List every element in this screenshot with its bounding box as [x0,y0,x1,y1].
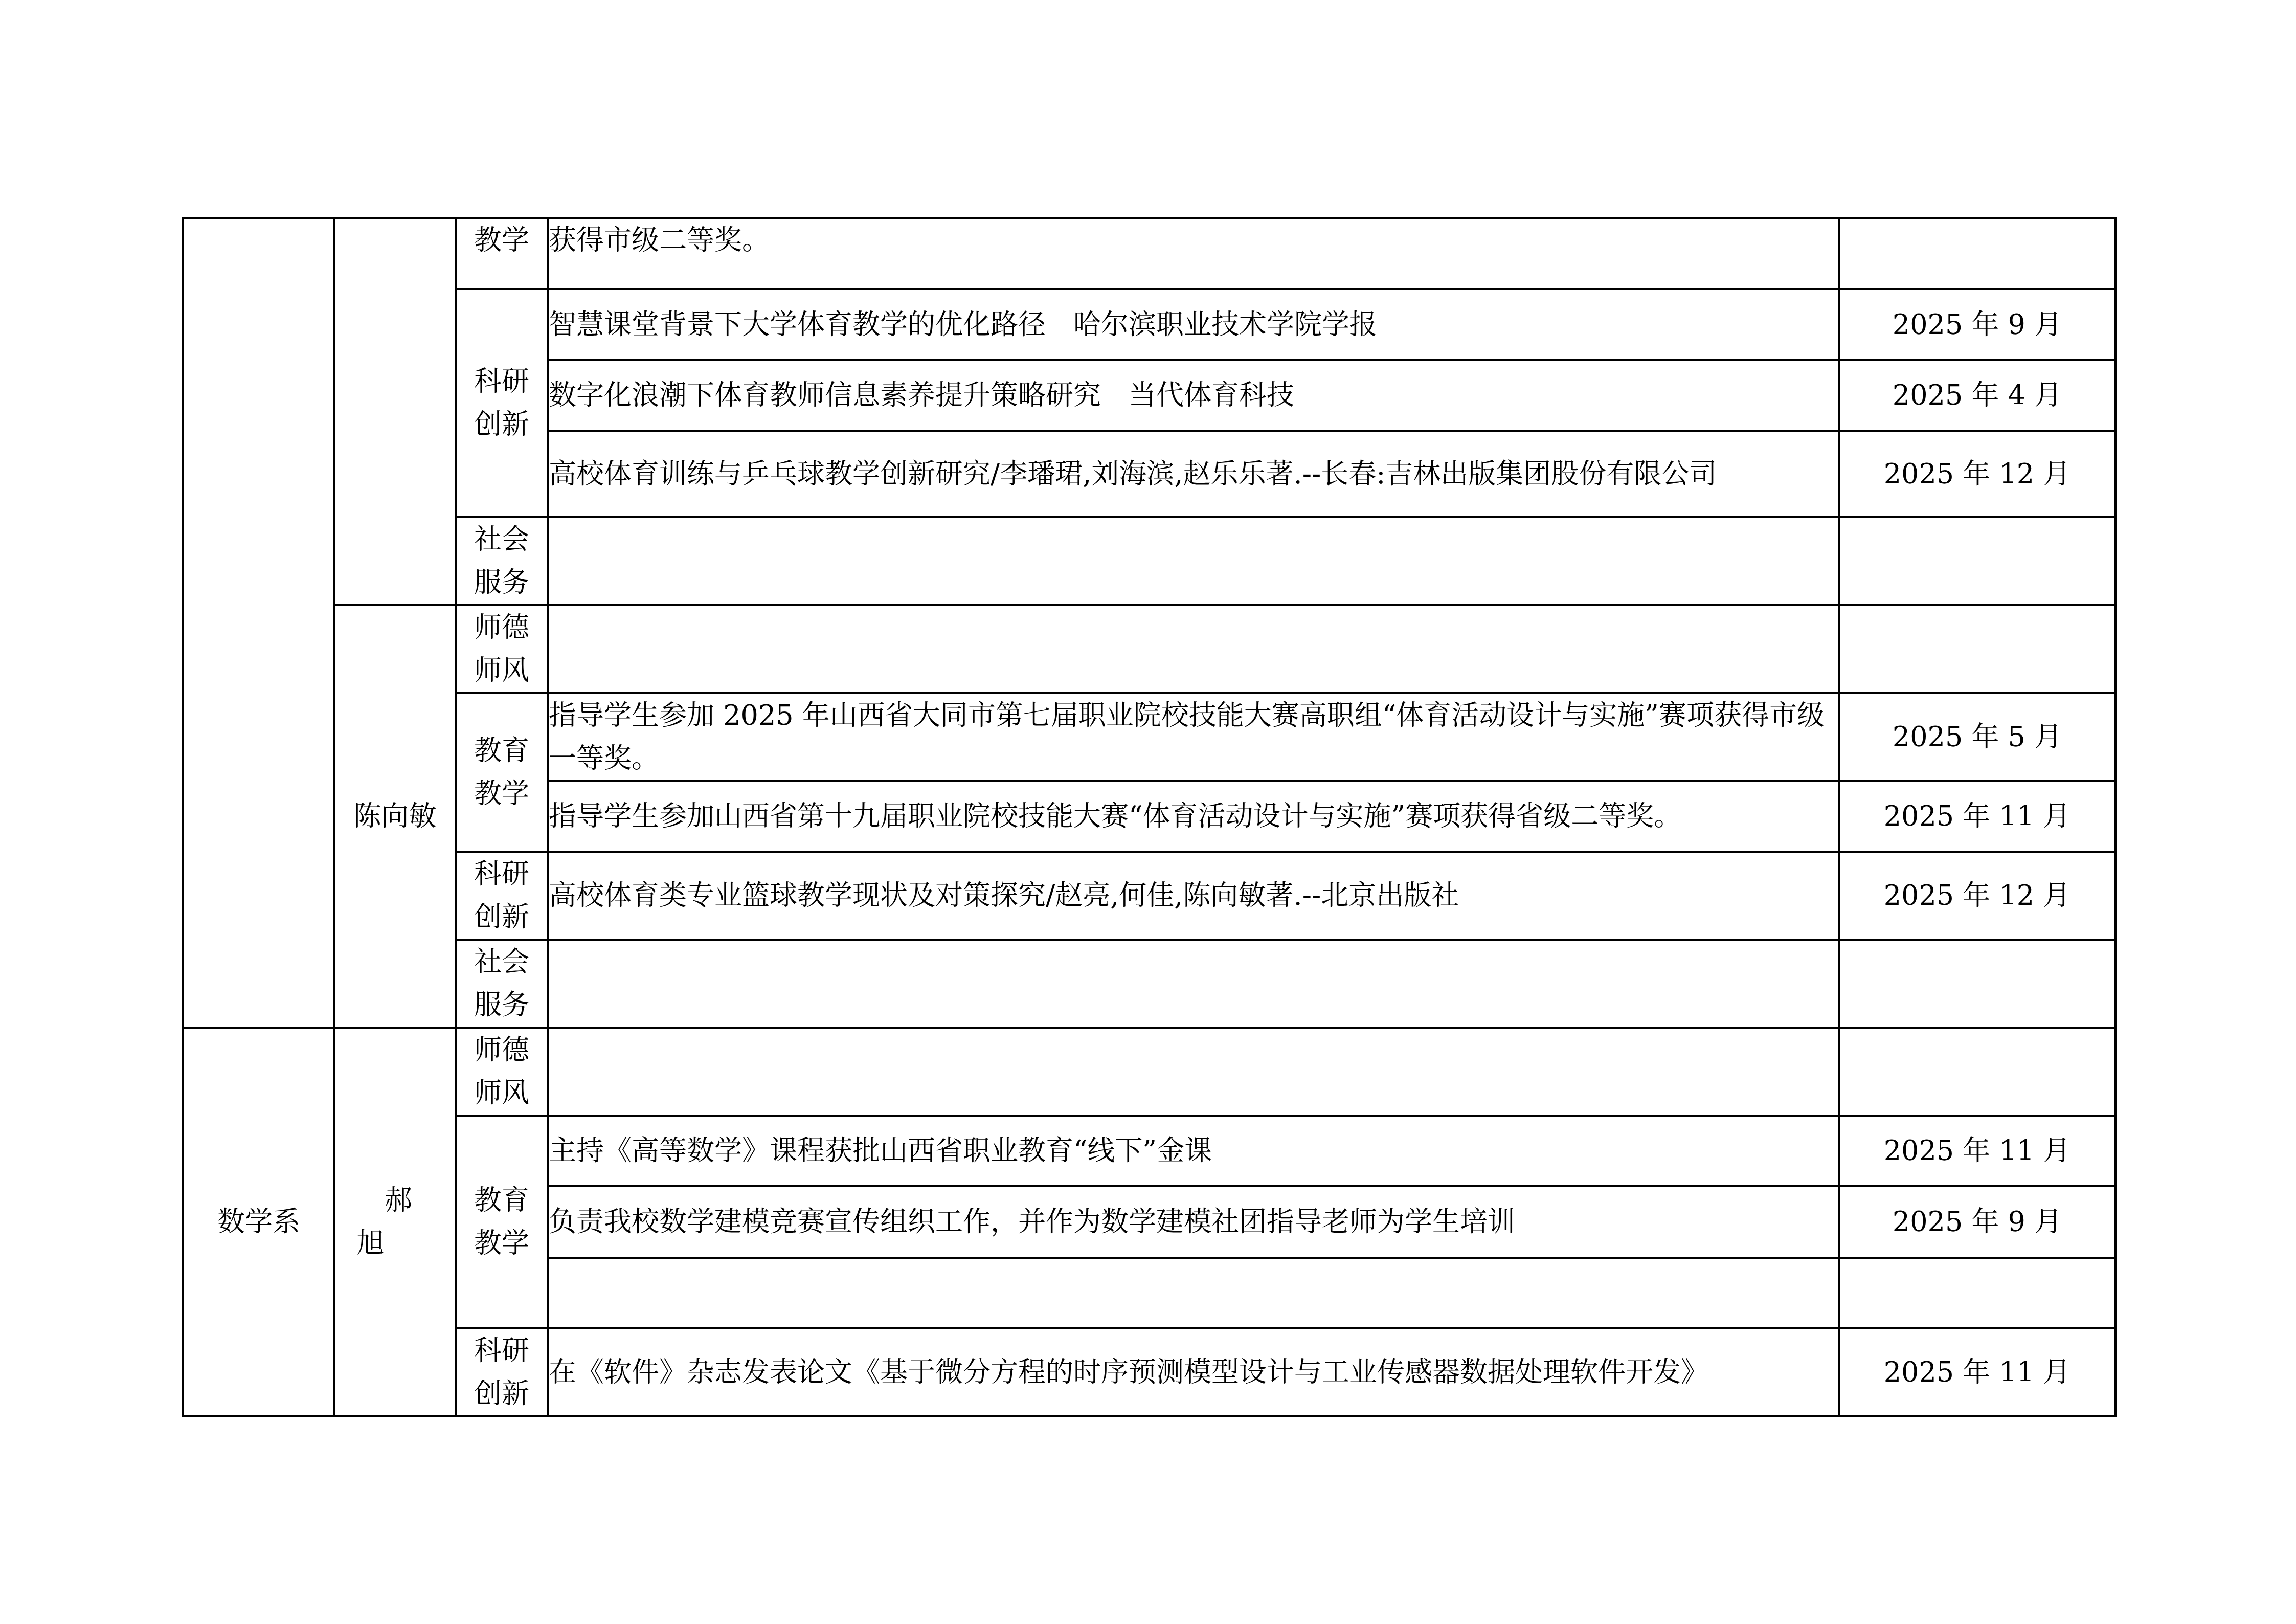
table-row: 陈向敏 师德师风 [183,605,2115,693]
date-cell [1839,1028,2115,1116]
table-row: 社会服务 [183,940,2115,1028]
table-row: 教育教学 主持《高等数学》课程获批山西省职业教育“线下”金课 2025 年 11… [183,1116,2115,1186]
category-label: 科研创新 [471,853,532,939]
person-cell: 陈向敏 [334,605,456,1028]
date-cell [1839,940,2115,1028]
department-cell [183,218,334,1028]
category-cell: 社会服务 [456,517,548,605]
content-cell: 高校体育类专业篮球教学现状及对策探究/赵亮,何佳,陈向敏著.--北京出版社 [548,852,1839,940]
category-cell: 师德师风 [456,605,548,693]
category-cell: 师德师风 [456,1028,548,1116]
date-cell: 2025 年 9 月 [1839,289,2115,360]
table-row: 教学 获得市级二等奖。 [183,218,2115,289]
date-cell: 2025 年 11 月 [1839,1116,2115,1186]
table-row: 社会服务 [183,517,2115,605]
person-cell: 郝旭 [334,1028,456,1416]
content-cell: 获得市级二等奖。 [548,218,1839,289]
date-cell: 2025 年 11 月 [1839,1328,2115,1416]
category-cell: 科研创新 [456,289,548,517]
category-label: 教育教学 [471,729,532,815]
date-cell: 2025 年 11 月 [1839,781,2115,852]
category-cell: 教育教学 [456,1116,548,1328]
date-cell [1839,605,2115,693]
content-cell [548,1028,1839,1116]
person-name: 郝旭 [335,1184,461,1259]
date-cell: 2025 年 4 月 [1839,360,2115,431]
date-cell [1839,1258,2115,1328]
table-row: 科研创新 高校体育类专业篮球教学现状及对策探究/赵亮,何佳,陈向敏著.--北京出… [183,852,2115,940]
content-cell: 主持《高等数学》课程获批山西省职业教育“线下”金课 [548,1116,1839,1186]
date-cell: 2025 年 12 月 [1839,852,2115,940]
table-row: 数学系 郝旭 师德师风 [183,1028,2115,1116]
content-cell [548,940,1839,1028]
person-cell [334,218,456,605]
content-cell: 高校体育训练与乒乓球教学创新研究/李璠珺,刘海滨,赵乐乐著.--长春:吉林出版集… [548,431,1839,517]
content-cell [548,1258,1839,1328]
category-cell: 科研创新 [456,1328,548,1416]
table-row: 科研创新 在《软件》杂志发表论文《基于微分方程的时序预测模型设计与工业传感器数据… [183,1328,2115,1416]
date-cell [1839,517,2115,605]
category-label: 科研创新 [471,1329,532,1415]
category-label: 科研创新 [471,360,532,446]
category-label: 师德师风 [471,1029,532,1115]
category-cell: 教育教学 [456,693,548,852]
table-row: 科研创新 智慧课堂背景下大学体育教学的优化路径 哈尔滨职业技术学院学报 2025… [183,289,2115,360]
content-cell: 指导学生参加山西省第十九届职业院校技能大赛“体育活动设计与实施”赛项获得省级二等… [548,781,1839,852]
achievement-table: 教学 获得市级二等奖。 科研创新 智慧课堂背景下大学体育教学的优化路径 哈尔滨职… [182,217,2117,1417]
content-cell: 数字化浪潮下体育教师信息素养提升策略研究 当代体育科技 [548,360,1839,431]
content-cell: 智慧课堂背景下大学体育教学的优化路径 哈尔滨职业技术学院学报 [548,289,1839,360]
table-row: 教育教学 指导学生参加 2025 年山西省大同市第七届职业院校技能大赛高职组“体… [183,693,2115,781]
department-cell: 数学系 [183,1028,334,1416]
content-cell: 指导学生参加 2025 年山西省大同市第七届职业院校技能大赛高职组“体育活动设计… [548,693,1839,781]
category-label: 社会服务 [471,941,532,1027]
date-cell: 2025 年 9 月 [1839,1186,2115,1258]
category-cell: 科研创新 [456,852,548,940]
content-cell [548,605,1839,693]
category-cell: 教学 [456,218,548,289]
category-cell: 社会服务 [456,940,548,1028]
content-cell: 负责我校数学建模竞赛宣传组织工作，并作为数学建模社团指导老师为学生培训 [548,1186,1839,1258]
date-cell [1839,218,2115,289]
content-cell [548,517,1839,605]
date-cell: 2025 年 5 月 [1839,693,2115,781]
category-label: 社会服务 [471,518,532,604]
date-cell: 2025 年 12 月 [1839,431,2115,517]
category-label: 教育教学 [471,1179,532,1265]
category-label: 师德师风 [471,606,532,692]
content-cell: 在《软件》杂志发表论文《基于微分方程的时序预测模型设计与工业传感器数据处理软件开… [548,1328,1839,1416]
